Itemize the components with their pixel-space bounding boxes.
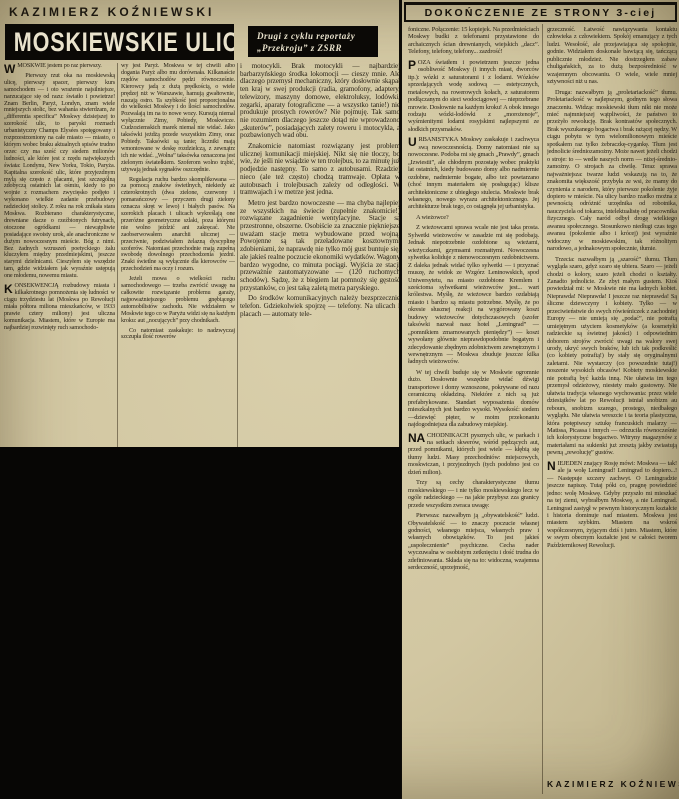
author-signature: KAZIMIERZ KOŹNIEWSKI — [547, 779, 677, 789]
paragraph: Do środków komunikacyjnych należy bezspr… — [240, 295, 400, 318]
paragraph: A wieżowce? — [408, 214, 539, 221]
paragraph: URBANISTYKA Moskwy zaskakuje i zachwyca … — [408, 136, 539, 211]
paragraph: grzeczność. Łatwość nawiązywania kontakt… — [547, 26, 677, 86]
paragraph: Co natomiast zaskakuje: to nadzwyczaj sz… — [121, 328, 235, 342]
text-column-4: foniczne. Połączenie: 15 kopiejek. Na pr… — [408, 26, 539, 792]
black-photo-region — [0, 447, 401, 799]
paragraph: Pierwszy rzut oka na moskiewską ulicę, p… — [4, 73, 115, 280]
text-column-2: wy jest Paryż. Moskwa w tej chwili albo … — [121, 63, 235, 447]
column-rule — [117, 63, 118, 447]
paragraph: foniczne. Połączenie: 15 kopiejek. Na pr… — [408, 26, 539, 56]
series-note-line2: „Przekroju” z ZSRR — [257, 42, 378, 54]
paragraph: Trzecia: nazwałbym ją „szarość” tłumu. T… — [547, 256, 677, 457]
paragraph: Trzy są cechy charakterystyczne tłumu mo… — [408, 479, 539, 509]
paragraph: wy jest Paryż. Moskwa w tej chwili albo … — [121, 63, 235, 174]
column-rule — [237, 63, 238, 447]
drop-cap: NA — [408, 433, 425, 443]
paragraph: WMOSKWIE jestem po raz pierwszy. — [4, 63, 115, 70]
paragraph: Metro jest bardzo nowoczesne — ma chyba … — [240, 200, 400, 292]
paragraph: NIEJEDEN znający Rosję mówi: Moskwa — ta… — [547, 460, 677, 549]
text-column-5: grzeczność. Łatwość nawiązywania kontakt… — [547, 26, 677, 774]
series-note-box: Drugi z cyklu reportaży „Przekroju” z ZS… — [248, 26, 378, 57]
drop-cap: K — [4, 284, 13, 294]
continuation-header: DOKOŃCZENIE ZE STRONY 3-ciej — [425, 7, 657, 19]
paragraph: i motocykli. Brak motocykli — najbardzie… — [240, 63, 400, 140]
paragraph: KONSEKWENCJĄ rozbudowy miasta i kilkakro… — [4, 283, 115, 331]
drop-cap: P — [408, 60, 416, 70]
paragraph: Regulacja ruchu bardzo skomplikowana — z… — [121, 177, 235, 274]
paragraph: W tej chwili buduje się w Moskwie ogromn… — [408, 369, 539, 429]
paragraph: NACHODNIKACH pysznych ulic, w parkach i … — [408, 432, 539, 477]
paragraph: Jeżeli mowa o wielkości ruchu samochodow… — [121, 276, 235, 324]
continuation-header-box: DOKOŃCZENIE ZE STRONY 3-ciej — [404, 2, 677, 22]
drop-cap: U — [408, 137, 417, 147]
paragraph: Znakomicie natomiast rozwiązany jest pro… — [240, 143, 400, 197]
text-column-3: i motocykli. Brak motocykli — najbardzie… — [240, 63, 400, 447]
drop-cap: N — [547, 461, 556, 471]
paragraph: Z wieżowcami sprawa wcale nie jest taka … — [408, 224, 539, 366]
article-title: MOSKIEWSKIE ULICE — [5, 27, 234, 58]
paragraph: POZA światłem i powietrzem jeszcze jedna… — [408, 59, 539, 134]
article-byline: KAZIMIERZ KOŹNIEWSKI — [9, 5, 214, 19]
article-title-box: MOSKIEWSKIE ULICE — [5, 24, 234, 60]
newspaper-page: KAZIMIERZ KOŹNIEWSKI MOSKIEWSKIE ULICE D… — [0, 0, 679, 799]
text-column-1: WMOSKWIE jestem po raz pierwszy.Pierwszy… — [4, 63, 115, 447]
series-note-line1: Drugi z cyklu reportaży — [257, 30, 378, 42]
paragraph: Druga: nazwałbym ją „proletariackość” tł… — [547, 89, 677, 253]
drop-cap: W — [4, 64, 15, 74]
paragraph: Pierwsza: nazwałbym ją „obywatelskość” l… — [408, 512, 539, 572]
column-rule — [542, 24, 543, 794]
